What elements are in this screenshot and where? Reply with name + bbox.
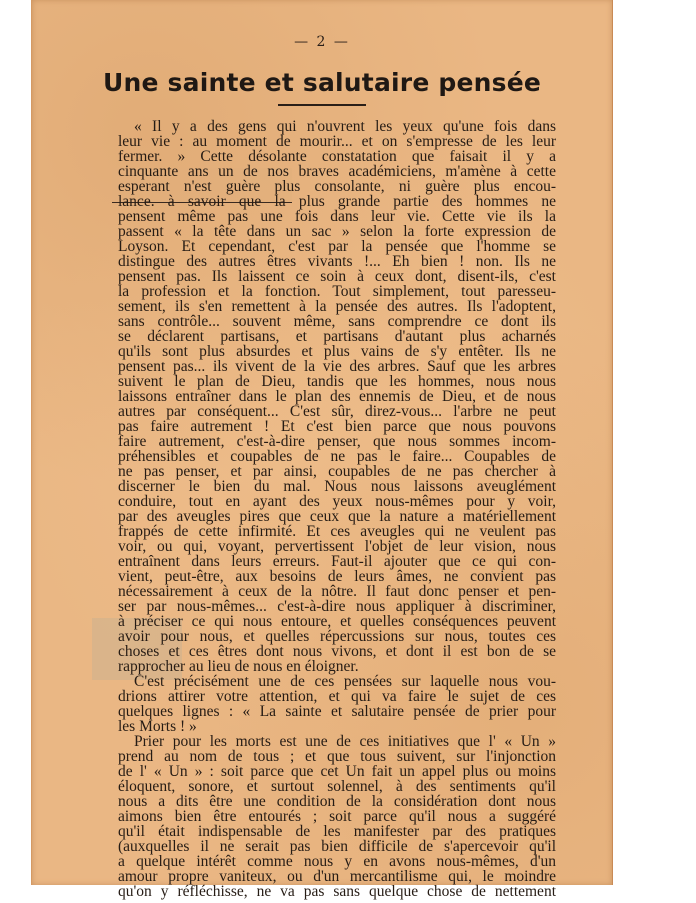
text-line: à préciser ce qui nous entoure, et quell… [118, 614, 556, 629]
text-line: sement, ils s'en remettent à la pensée d… [118, 299, 556, 314]
text-line: la profession et la fonction. Tout simpl… [118, 284, 556, 299]
text-line: prend au nom de tous ; et que tous suive… [118, 749, 556, 764]
text-line: pensent même pas une fois dans leur vie.… [118, 209, 556, 224]
text-line: esperant n'est guère plus consolante, ni… [118, 179, 556, 194]
text-line: drions attirer votre attention, et qui v… [118, 689, 556, 704]
text-line: vient, peut-être, aux besoins de leurs â… [118, 569, 556, 584]
title-underline-divider [278, 104, 366, 106]
text-line: quelques lignes : « La sainte et salutai… [118, 704, 556, 719]
text-line: qu'ils sont plus absurdes et plus vains … [118, 344, 556, 359]
text-line: autres par conséquent... C'est sûr, dire… [118, 404, 556, 419]
text-line: leur vie : au moment de mourir... et on … [118, 134, 556, 149]
text-line: Prier pour les morts est une de ces init… [118, 734, 556, 749]
text-line: C'est précisément une de ces pensées sur… [118, 674, 556, 689]
text-line: sans contrôle... souvent même, sans comp… [118, 314, 556, 329]
text-line: aimons bien être entourés ; soit parce q… [118, 809, 556, 824]
text-line: cinquante ans un de nos braves académici… [118, 164, 556, 179]
text-line: ser par nous-mêmes... c'est-à-dire nous … [118, 599, 556, 614]
text-line: nécessairement à ceux de la nôtre. Il fa… [118, 584, 556, 599]
document-page: — 2 — Une sainte et salutaire pensée « I… [31, 0, 613, 885]
text-line: amour propre vaniteux, ou d'un mercantil… [118, 869, 556, 884]
text-line: qu'il était indispensable de les manifes… [118, 824, 556, 839]
text-line: a quelque intérêt comme nous y en avons … [118, 854, 556, 869]
text-line: pensent pas... ils vivent de la vie des … [118, 359, 556, 374]
text-line: éloquent, sonore, et surtout solennel, à… [118, 779, 556, 794]
text-line: distingue des autres êtres vivants !... … [118, 254, 556, 269]
text-line: rapprocher au lieu de nous en éloigner. [118, 659, 556, 674]
text-line: nous a dits être une condition de la con… [118, 794, 556, 809]
text-line: voir, ou qui, voyant, pervertissent l'ob… [118, 539, 556, 554]
text-line: pensent pas. Ils laissent ce soin à ceux… [118, 269, 556, 284]
text-line: qu'on y réfléchisse, ne va pas sans quel… [118, 884, 556, 899]
text-line: lance. à savoir que la plus grande parti… [118, 194, 556, 209]
text-line: (auxquelles il ne serait pas bien diffic… [118, 839, 556, 854]
text-line: passent « la tête dans un sac » selon la… [118, 224, 556, 239]
text-line: les Morts ! » [118, 719, 556, 734]
text-line: choses et ces êtres dont nous vivons, et… [118, 644, 556, 659]
text-line: conduire, tout en ayant des yeux nous-mê… [118, 494, 556, 509]
page-number: — 2 — [32, 34, 612, 50]
text-line: avoir pour nous, et quelles répercussion… [118, 629, 556, 644]
text-line: faire autrement, c'est-à-dire penser, qu… [118, 434, 556, 449]
text-line: par des aveugles pires que ceux que la n… [118, 509, 556, 524]
text-line: préhensibles et coupables de ne pas le f… [118, 449, 556, 464]
text-line: Loyson. Et cependant, c'est par la pensé… [118, 239, 556, 254]
text-line: « Il y a des gens qui n'ouvrent les yeux… [118, 119, 556, 134]
text-line: laissons entraîner dans le plan des enne… [118, 389, 556, 404]
text-line: suivent le plan de Dieu, tandis que les … [118, 374, 556, 389]
text-line: de l' « Un » : soit parce que cet Un fai… [118, 764, 556, 779]
text-line: fermer. » Cette désolante constatation q… [118, 149, 556, 164]
text-line: frappés de cette infirmité. Et ces aveug… [118, 524, 556, 539]
page-title: Une sainte et salutaire pensée [32, 68, 612, 97]
text-line: ne pas penser, et par ainsi, coupables d… [118, 464, 556, 479]
text-line: pas faire autrement ! Et c'est bien parc… [118, 419, 556, 434]
text-line: discerner le bien du mal. Nous nous lais… [118, 479, 556, 494]
text-line: se déclarent partisans, et partisans d'a… [118, 329, 556, 344]
text-line: entraînent dans leurs erreurs. Faut-il a… [118, 554, 556, 569]
body-text: « Il y a des gens qui n'ouvrent les yeux… [118, 119, 556, 899]
